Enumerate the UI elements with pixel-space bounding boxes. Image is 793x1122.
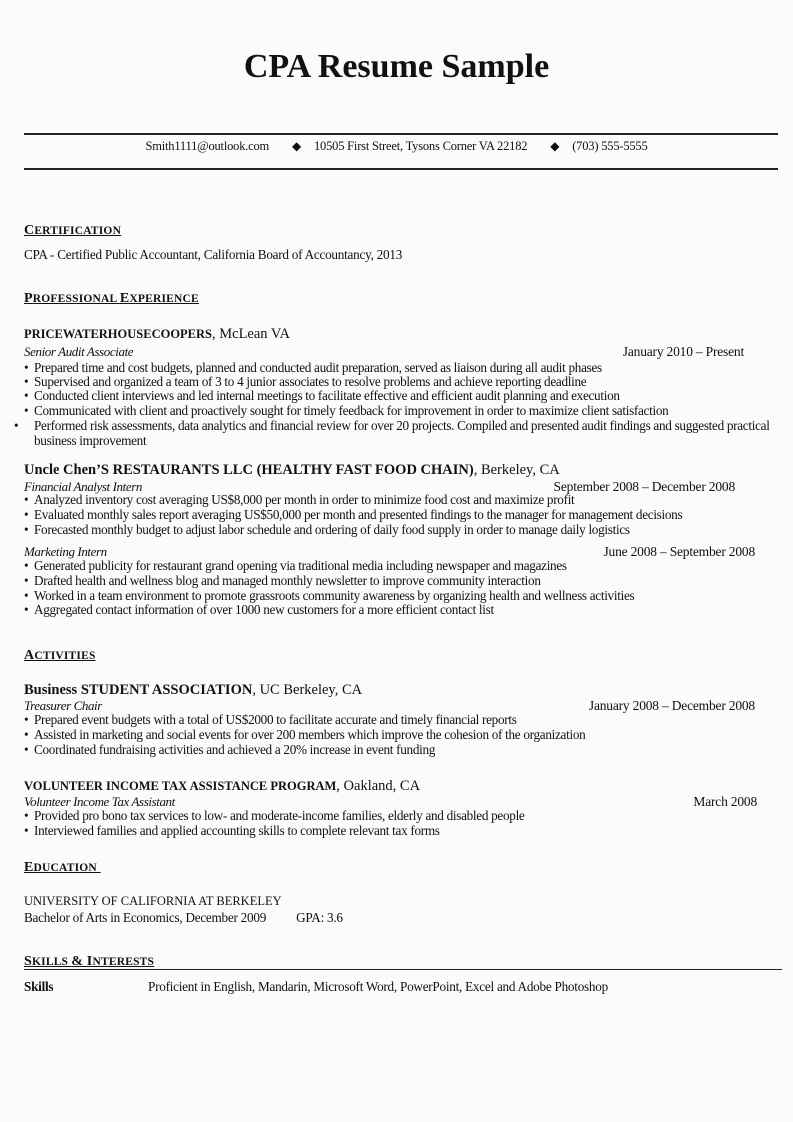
list-item: Assisted in marketing and social events … xyxy=(24,728,585,743)
certification-text: CPA - Certified Public Accountant, Calif… xyxy=(24,247,402,263)
degree: Bachelor of Arts in Economics, December … xyxy=(24,910,266,925)
job-title: Senior Audit Associate xyxy=(24,344,133,360)
contact-phone: (703) 555-5555 xyxy=(572,139,647,153)
list-item: Provided pro bono tax services to low- a… xyxy=(24,809,525,824)
list-item: Forecasted monthly budget to adjust labo… xyxy=(24,523,630,538)
list-item: Performed risk assessments, data analyti… xyxy=(24,419,774,448)
section-heading-activities: ACTIVITIES xyxy=(24,648,96,664)
list-item: Communicated with client and proactively… xyxy=(24,404,668,419)
header-bottom-rule xyxy=(24,168,778,170)
list-item: Conducted client interviews and led inte… xyxy=(24,389,620,404)
contact-email: Smith1111@outlook.com xyxy=(145,139,269,153)
section-heading-certification: CERTIFICATION xyxy=(24,223,121,239)
activity-org-name: VOLUNTEER INCOME TAX ASSISTANCE PROGRAM,… xyxy=(24,778,420,795)
section-heading-skills: SKILLS & INTERESTS xyxy=(24,954,154,970)
skills-rule xyxy=(24,969,782,970)
list-item: Generated publicity for restaurant grand… xyxy=(24,559,567,574)
activity-org-name: Business STUDENT ASSOCIATION, UC Berkele… xyxy=(24,682,362,699)
activity-dates: March 2008 xyxy=(693,794,757,810)
diamond-icon: ◆ xyxy=(550,139,559,154)
school-name: UNIVERSITY OF CALIFORNIA AT BERKELEY xyxy=(24,893,282,910)
header-top-rule xyxy=(24,133,778,135)
list-item: Evaluated monthly sales report averaging… xyxy=(24,508,682,523)
activity-dates: January 2008 – December 2008 xyxy=(589,698,755,714)
employer-name: PRICEWATERHOUSECOOPERS, McLean VA xyxy=(24,326,290,343)
list-item: Coordinated fundraising activities and a… xyxy=(24,743,435,758)
list-item: Prepared event budgets with a total of U… xyxy=(24,713,517,728)
list-item: Analyzed inventory cost averaging US$8,0… xyxy=(24,493,574,508)
job-dates: January 2010 – Present xyxy=(623,344,744,360)
diamond-icon: ◆ xyxy=(292,139,301,154)
contact-address: 10505 First Street, Tysons Corner VA 221… xyxy=(314,139,527,153)
skills-label: Skills xyxy=(24,979,53,995)
employer-name: Uncle Chen’S RESTAURANTS LLC (HEALTHY FA… xyxy=(24,462,560,479)
section-heading-experience: PROFESSIONAL EXPERIENCE xyxy=(24,291,199,307)
contact-line: Smith1111@outlook.com ◆ 10505 First Stre… xyxy=(0,139,793,154)
job-dates: June 2008 – September 2008 xyxy=(603,544,755,560)
list-item: Interviewed families and applied account… xyxy=(24,824,440,839)
gpa: GPA: 3.6 xyxy=(296,910,343,925)
page-title: CPA Resume Sample xyxy=(0,48,793,86)
section-heading-education: EDUCATION xyxy=(24,860,101,876)
skills-value: Proficient in English, Mandarin, Microso… xyxy=(148,979,608,995)
degree-line: Bachelor of Arts in Economics, December … xyxy=(24,910,343,926)
list-item: Aggregated contact information of over 1… xyxy=(24,603,494,618)
job-dates: September 2008 – December 2008 xyxy=(554,479,735,495)
list-item: Drafted health and wellness blog and man… xyxy=(24,574,541,589)
